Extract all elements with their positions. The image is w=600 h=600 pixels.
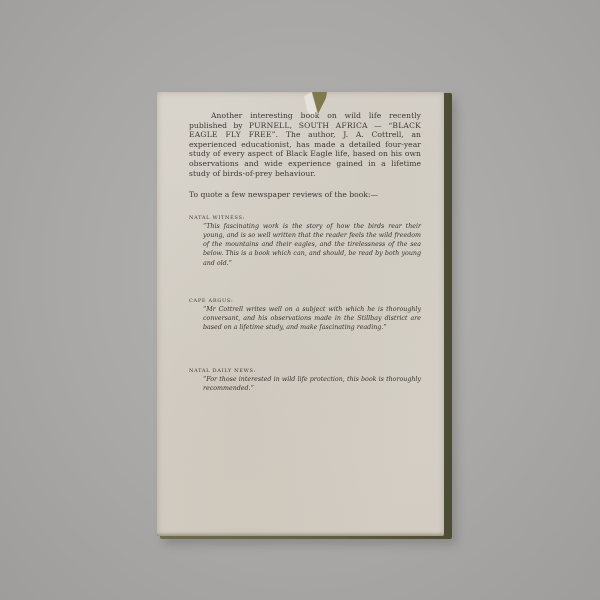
review-quote: “For those interested in wild life prote… xyxy=(203,375,421,393)
jacket-text: Another interesting book on wild life re… xyxy=(189,111,421,393)
review-natal-witness: NATAL WITNESS: “This fascinating work is… xyxy=(189,214,421,267)
review-source: CAPE ARGUS: xyxy=(189,297,421,305)
review-source: NATAL WITNESS: xyxy=(189,214,421,222)
reviews-lead: To quote a few newspaper reviews of the … xyxy=(189,190,421,200)
review-quote: “This fascinating work is the story of h… xyxy=(203,222,421,267)
review-quote: “Mr Cottrell writes well on a subject wi… xyxy=(203,305,421,332)
review-source: NATAL DAILY NEWS: xyxy=(189,367,421,375)
review-natal-daily-news: NATAL DAILY NEWS: “For those interested … xyxy=(189,367,421,393)
publisher-intro: Another interesting book on wild life re… xyxy=(189,111,421,178)
review-cape-argus: CAPE ARGUS: “Mr Cottrell writes well on … xyxy=(189,297,421,332)
